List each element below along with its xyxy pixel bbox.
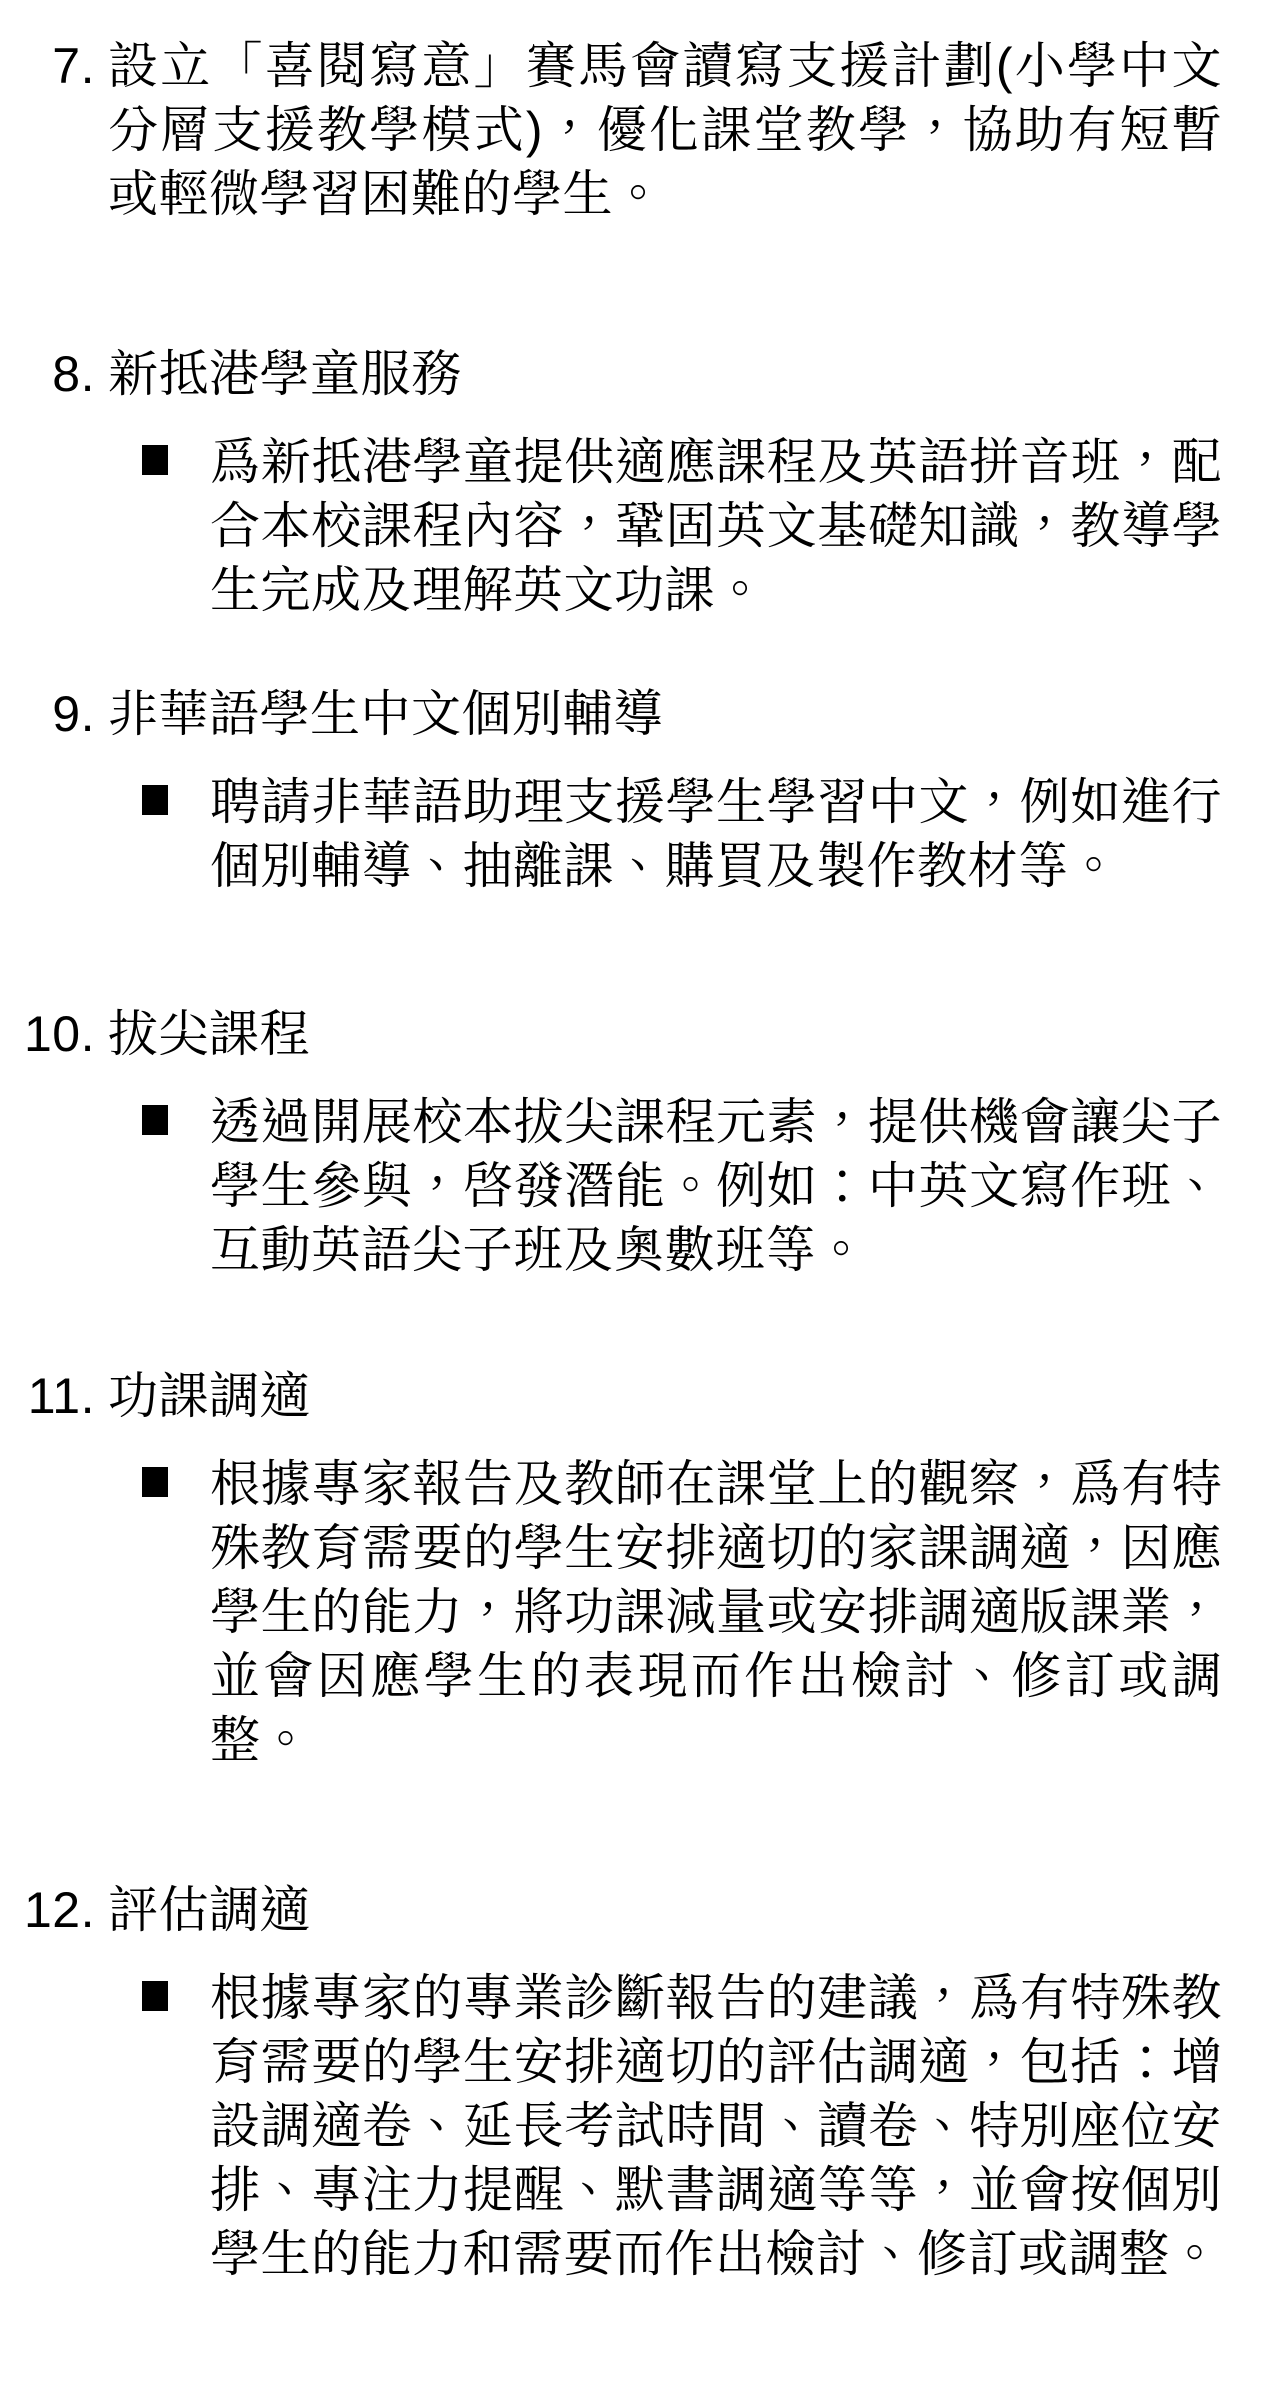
item-number: 8. — [52, 342, 108, 406]
bullet-square-icon — [142, 785, 168, 815]
bullet-item: 爲新抵港學童提供適應課程及英語拼音班，配合本校課程內容，鞏固英文基礎知識，教導學… — [108, 430, 1222, 622]
list-item: 11. 功課調適 根據專家報告及教師在課堂上的觀察，爲有特殊教育需要的學生安排適… — [108, 1364, 1222, 1772]
bullet-item: 根據專家報告及教師在課堂上的觀察，爲有特殊教育需要的學生安排適切的家課調適，因應… — [108, 1452, 1222, 1772]
bullet-square-icon — [142, 1105, 168, 1135]
bullet-item: 聘請非華語助理支援學生學習中文，例如進行個別輔導、抽離課、購買及製作教材等。 — [108, 770, 1222, 898]
item-text: 設立「喜閱寫意」賽馬會讀寫支援計劃(小學中文分層支援教學模式)，優化課堂教學，協… — [108, 34, 1222, 226]
bullet-text: 根據專家報告及教師在課堂上的觀察，爲有特殊教育需要的學生安排適切的家課調適，因應… — [210, 1452, 1222, 1772]
bullet-text: 根據專家的專業診斷報告的建議，爲有特殊教育需要的學生安排適切的評估調適，包括：增… — [210, 1966, 1222, 2286]
item-number: 11. — [28, 1364, 108, 1428]
bullet-square-icon — [142, 1467, 168, 1497]
bullet-item: 透過開展校本拔尖課程元素，提供機會讓尖子學生參與，啓發潛能。例如：中英文寫作班、… — [108, 1090, 1222, 1282]
list-item: 7. 設立「喜閱寫意」賽馬會讀寫支援計劃(小學中文分層支援教學模式)，優化課堂教… — [108, 34, 1222, 226]
item-number: 10. — [24, 1002, 108, 1066]
bullet-square-icon — [142, 1981, 168, 2011]
bullet-square-icon — [142, 445, 168, 475]
bullet-item: 根據專家的專業診斷報告的建議，爲有特殊教育需要的學生安排適切的評估調適，包括：增… — [108, 1966, 1222, 2286]
list-item: 8. 新抵港學童服務 爲新抵港學童提供適應課程及英語拼音班，配合本校課程內容，鞏… — [108, 342, 1222, 622]
bullet-text: 爲新抵港學童提供適應課程及英語拼音班，配合本校課程內容，鞏固英文基礎知識，教導學… — [210, 430, 1222, 622]
list-item: 9. 非華語學生中文個別輔導 聘請非華語助理支援學生學習中文，例如進行個別輔導、… — [108, 682, 1222, 898]
item-number: 7. — [52, 34, 108, 98]
item-heading: 拔尖課程 — [108, 1002, 1222, 1066]
list-item: 12. 評估調適 根據專家的專業診斷報告的建議，爲有特殊教育需要的學生安排適切的… — [108, 1878, 1222, 2286]
item-heading: 功課調適 — [108, 1364, 1222, 1428]
list-item: 10. 拔尖課程 透過開展校本拔尖課程元素，提供機會讓尖子學生參與，啓發潛能。例… — [108, 1002, 1222, 1282]
item-heading: 新抵港學童服務 — [108, 342, 1222, 406]
item-heading: 非華語學生中文個別輔導 — [108, 682, 1222, 746]
item-number: 12. — [24, 1878, 108, 1942]
item-number: 9. — [52, 682, 108, 746]
document-page: 7. 設立「喜閱寫意」賽馬會讀寫支援計劃(小學中文分層支援教學模式)，優化課堂教… — [0, 0, 1280, 2286]
item-heading: 評估調適 — [108, 1878, 1222, 1942]
bullet-text: 聘請非華語助理支援學生學習中文，例如進行個別輔導、抽離課、購買及製作教材等。 — [210, 770, 1222, 898]
bullet-text: 透過開展校本拔尖課程元素，提供機會讓尖子學生參與，啓發潛能。例如：中英文寫作班、… — [210, 1090, 1222, 1282]
